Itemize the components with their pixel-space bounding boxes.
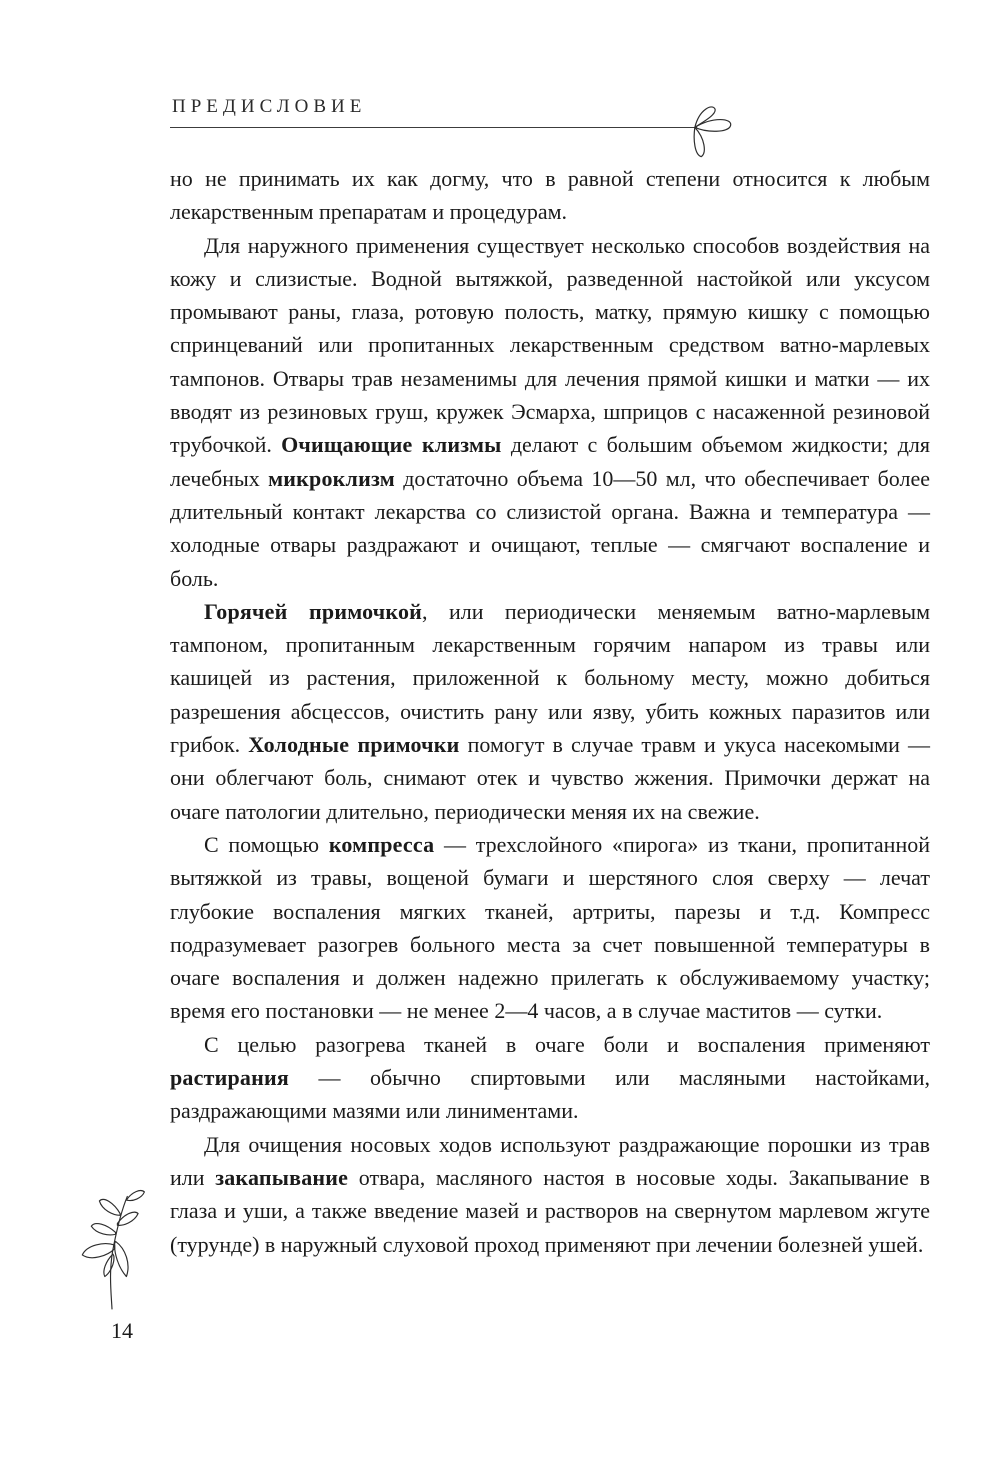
chapter-title: ПРЕДИСЛОВИЕ bbox=[172, 96, 366, 118]
paragraph: но не принимать их как догму, что в равн… bbox=[170, 162, 930, 229]
bold-term: Горячей примочкой bbox=[204, 599, 422, 624]
page-number: 14 bbox=[111, 1318, 133, 1344]
paragraph: Горячей примочкой, или периодически меня… bbox=[170, 595, 930, 828]
text-run: С целью разогрева тканей в очаге боли и … bbox=[204, 1032, 930, 1057]
text-run: Для наружного применения существует неск… bbox=[170, 233, 930, 458]
bold-term: растирания bbox=[170, 1065, 289, 1090]
text-run: С помощью bbox=[204, 832, 329, 857]
bold-term: Холодные примочки bbox=[248, 732, 459, 757]
paragraph: С помощью компресса — трехслойного «пиро… bbox=[170, 828, 930, 1028]
text-run: но не принимать их как догму, что в равн… bbox=[170, 166, 930, 224]
paragraph: Для наружного применения существует неск… bbox=[170, 229, 930, 595]
bold-term: закапывание bbox=[215, 1165, 348, 1190]
body-text: но не принимать их как догму, что в равн… bbox=[170, 162, 930, 1261]
paragraph: Для очищения носовых ходов используют ра… bbox=[170, 1128, 930, 1261]
bold-term: Очищающие клизмы bbox=[281, 432, 501, 457]
paragraph: С целью разогрева тканей в очаге боли и … bbox=[170, 1028, 930, 1128]
bold-term: микроклизм bbox=[268, 466, 395, 491]
petal-flower-flourish-icon bbox=[693, 100, 737, 162]
text-run: — трехслойного «пирога» из ткани, пропит… bbox=[170, 832, 930, 1023]
leaf-branch-sketch-icon bbox=[76, 1186, 148, 1314]
book-page: ПРЕДИСЛОВИЕ но не принимать их как догму… bbox=[0, 0, 1000, 1467]
bold-term: компресса bbox=[329, 832, 435, 857]
header-rule bbox=[170, 127, 697, 128]
